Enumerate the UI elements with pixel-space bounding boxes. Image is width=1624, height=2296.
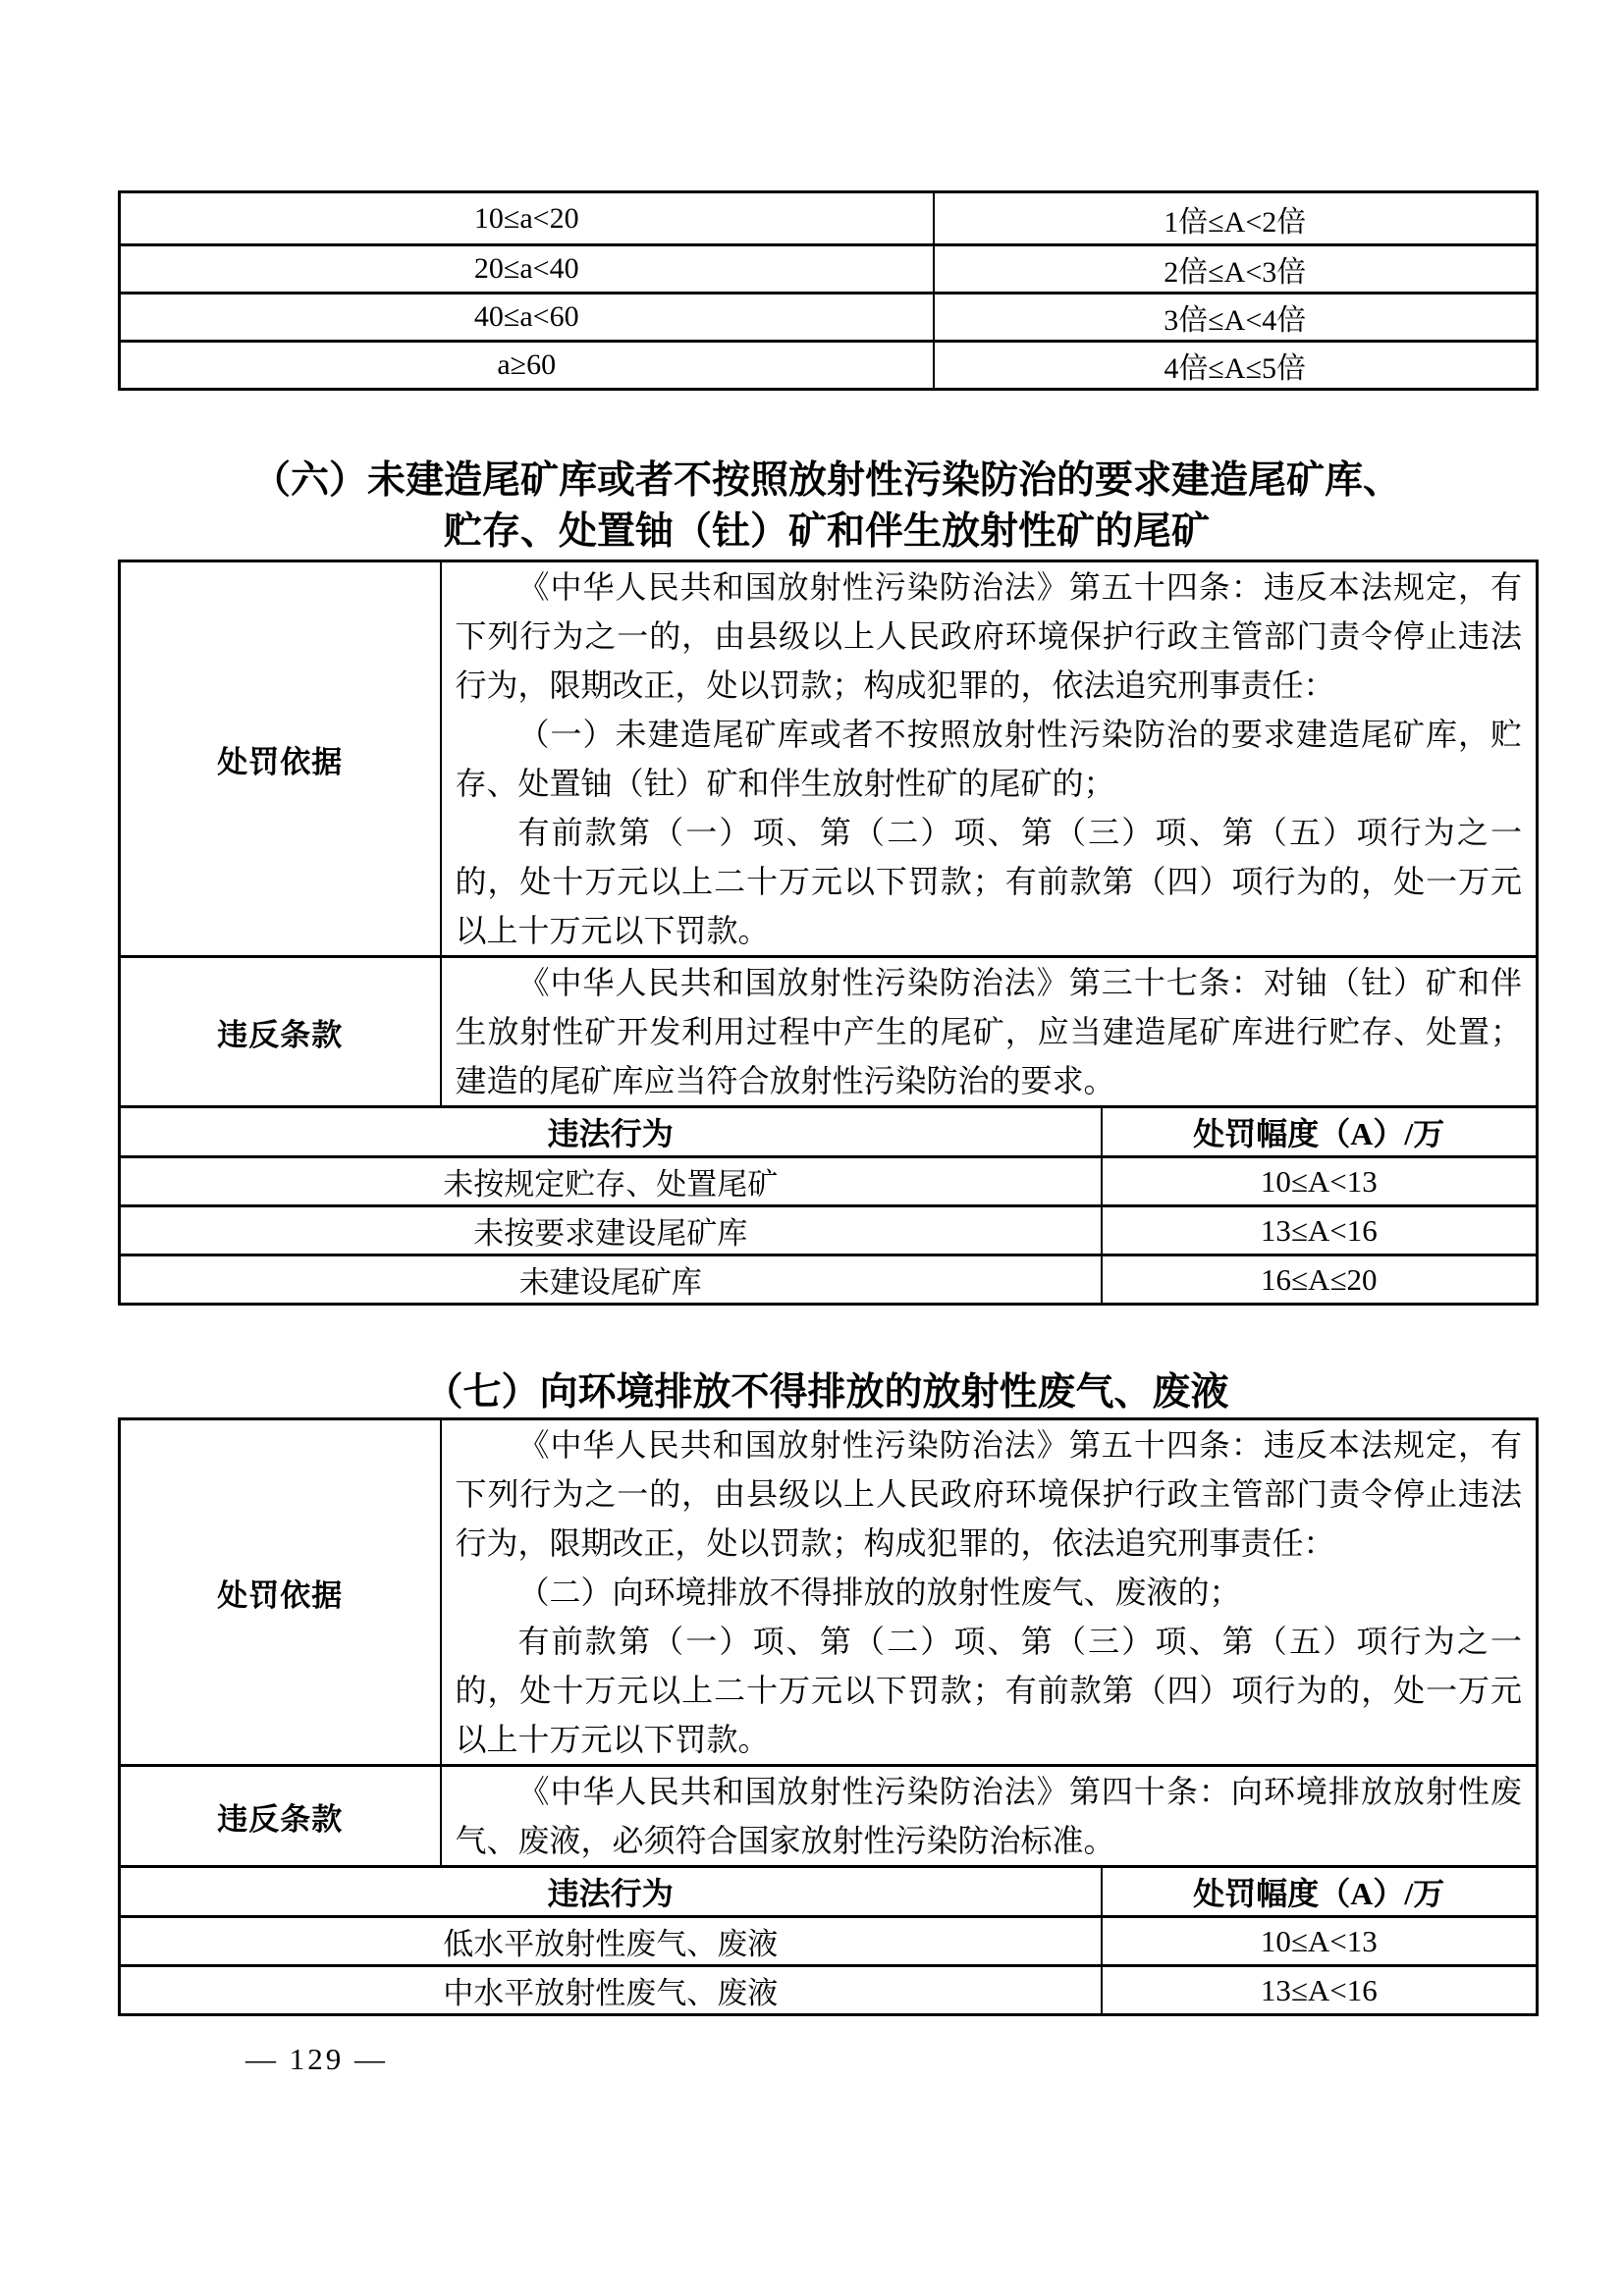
behavior-cell: 未按规定贮存、处置尾矿 bbox=[120, 1157, 1102, 1206]
a-range-cell: a≥60 bbox=[120, 342, 934, 390]
table-row: 10≤a<20 1倍≤A<2倍 bbox=[120, 192, 1538, 245]
legal-paragraph: 《中华人民共和国放射性污染防治法》第三十七条：对铀（钍）矿和伴生放射性矿开发利用… bbox=[456, 958, 1523, 1105]
penalty-multiple-cell: 3倍≤A<4倍 bbox=[934, 294, 1538, 342]
page-number: — 129 — bbox=[245, 2042, 388, 2077]
legal-paragraph: 《中华人民共和国放射性污染防治法》第五十四条：违反本法规定，有下列行为之一的，由… bbox=[456, 562, 1523, 710]
behavior-header-cell: 违法行为 bbox=[120, 1107, 1102, 1157]
penalty-basis-label: 处罚依据 bbox=[120, 561, 441, 957]
behavior-cell: 中水平放射性废气、废液 bbox=[120, 1966, 1102, 2015]
behavior-header-cell: 违法行为 bbox=[120, 1867, 1102, 1917]
behavior-row: 中水平放射性废气、废液 13≤A<16 bbox=[120, 1966, 1538, 2015]
a-range-cell: 20≤a<40 bbox=[120, 245, 934, 294]
behavior-row: 低水平放射性废气、废液 10≤A<13 bbox=[120, 1917, 1538, 1966]
penalty-basis-label: 处罚依据 bbox=[120, 1419, 441, 1766]
penalty-range-cell: 16≤A≤20 bbox=[1102, 1255, 1538, 1305]
penalty-range-cell: 13≤A<16 bbox=[1102, 1966, 1538, 2015]
table-row: 20≤a<40 2倍≤A<3倍 bbox=[120, 245, 1538, 294]
penalty-range-cell: 13≤A<16 bbox=[1102, 1206, 1538, 1255]
legal-paragraph: 《中华人民共和国放射性污染防治法》第五十四条：违反本法规定，有下列行为之一的，由… bbox=[456, 1420, 1523, 1568]
penalty-basis-content: 《中华人民共和国放射性污染防治法》第五十四条：违反本法规定，有下列行为之一的，由… bbox=[441, 1419, 1538, 1766]
violation-clause-content: 《中华人民共和国放射性污染防治法》第三十七条：对铀（钍）矿和伴生放射性矿开发利用… bbox=[441, 957, 1538, 1107]
penalty-header-cell: 处罚幅度（A）/万 bbox=[1102, 1107, 1538, 1157]
legal-paragraph: （二）向环境排放不得排放的放射性废气、废液的； bbox=[456, 1568, 1523, 1617]
table-row: 40≤a<60 3倍≤A<4倍 bbox=[120, 294, 1538, 342]
legal-paragraph: 《中华人民共和国放射性污染防治法》第四十条：向环境排放放射性废气、废液，必须符合… bbox=[456, 1767, 1523, 1865]
behavior-row: 未按要求建设尾矿库 13≤A<16 bbox=[120, 1206, 1538, 1255]
penalty-basis-content: 《中华人民共和国放射性污染防治法》第五十四条：违反本法规定，有下列行为之一的，由… bbox=[441, 561, 1538, 957]
penalty-basis-row: 处罚依据 《中华人民共和国放射性污染防治法》第五十四条：违反本法规定，有下列行为… bbox=[120, 561, 1538, 957]
penalty-header-cell: 处罚幅度（A）/万 bbox=[1102, 1867, 1538, 1917]
behavior-header-row: 违法行为 处罚幅度（A）/万 bbox=[120, 1867, 1538, 1917]
violation-clause-label: 违反条款 bbox=[120, 957, 441, 1107]
behavior-cell: 低水平放射性废气、废液 bbox=[120, 1917, 1102, 1966]
section-six-title: （六）未建造尾矿库或者不按照放射性污染防治的要求建造尾矿库、 贮存、处置铀（钍）… bbox=[118, 455, 1536, 558]
penalty-table-six: 处罚依据 《中华人民共和国放射性污染防治法》第五十四条：违反本法规定，有下列行为… bbox=[118, 560, 1539, 1306]
behavior-row: 未按规定贮存、处置尾矿 10≤A<13 bbox=[120, 1157, 1538, 1206]
section-six-title-line2: 贮存、处置铀（钍）矿和伴生放射性矿的尾矿 bbox=[118, 507, 1536, 558]
legal-paragraph: 有前款第（一）项、第（二）项、第（三）项、第（五）项行为之一的，处十万元以上二十… bbox=[456, 808, 1523, 955]
dose-ratio-table: 10≤a<20 1倍≤A<2倍 20≤a<40 2倍≤A<3倍 40≤a<60 … bbox=[118, 190, 1539, 391]
penalty-range-cell: 10≤A<13 bbox=[1102, 1917, 1538, 1966]
violation-clause-label: 违反条款 bbox=[120, 1766, 441, 1867]
legal-paragraph: 有前款第（一）项、第（二）项、第（三）项、第（五）项行为之一的，处十万元以上二十… bbox=[456, 1617, 1523, 1764]
violation-clause-row: 违反条款 《中华人民共和国放射性污染防治法》第三十七条：对铀（钍）矿和伴生放射性… bbox=[120, 957, 1538, 1107]
document-page: 10≤a<20 1倍≤A<2倍 20≤a<40 2倍≤A<3倍 40≤a<60 … bbox=[0, 0, 1624, 2296]
penalty-table-seven: 处罚依据 《中华人民共和国放射性污染防治法》第五十四条：违反本法规定，有下列行为… bbox=[118, 1417, 1539, 2016]
behavior-cell: 未按要求建设尾矿库 bbox=[120, 1206, 1102, 1255]
penalty-basis-row: 处罚依据 《中华人民共和国放射性污染防治法》第五十四条：违反本法规定，有下列行为… bbox=[120, 1419, 1538, 1766]
a-range-cell: 10≤a<20 bbox=[120, 192, 934, 245]
behavior-row: 未建设尾矿库 16≤A≤20 bbox=[120, 1255, 1538, 1305]
legal-paragraph: （一）未建造尾矿库或者不按照放射性污染防治的要求建造尾矿库，贮存、处置铀（钍）矿… bbox=[456, 710, 1523, 808]
section-six-title-line1: （六）未建造尾矿库或者不按照放射性污染防治的要求建造尾矿库、 bbox=[118, 455, 1536, 507]
penalty-range-cell: 10≤A<13 bbox=[1102, 1157, 1538, 1206]
behavior-cell: 未建设尾矿库 bbox=[120, 1255, 1102, 1305]
a-range-cell: 40≤a<60 bbox=[120, 294, 934, 342]
behavior-header-row: 违法行为 处罚幅度（A）/万 bbox=[120, 1107, 1538, 1157]
violation-clause-row: 违反条款 《中华人民共和国放射性污染防治法》第四十条：向环境排放放射性废气、废液… bbox=[120, 1766, 1538, 1867]
violation-clause-content: 《中华人民共和国放射性污染防治法》第四十条：向环境排放放射性废气、废液，必须符合… bbox=[441, 1766, 1538, 1867]
section-seven-title: （七）向环境排放不得排放的放射性废气、废液 bbox=[118, 1367, 1536, 1418]
table-row: a≥60 4倍≤A≤5倍 bbox=[120, 342, 1538, 390]
penalty-multiple-cell: 2倍≤A<3倍 bbox=[934, 245, 1538, 294]
penalty-multiple-cell: 4倍≤A≤5倍 bbox=[934, 342, 1538, 390]
penalty-multiple-cell: 1倍≤A<2倍 bbox=[934, 192, 1538, 245]
